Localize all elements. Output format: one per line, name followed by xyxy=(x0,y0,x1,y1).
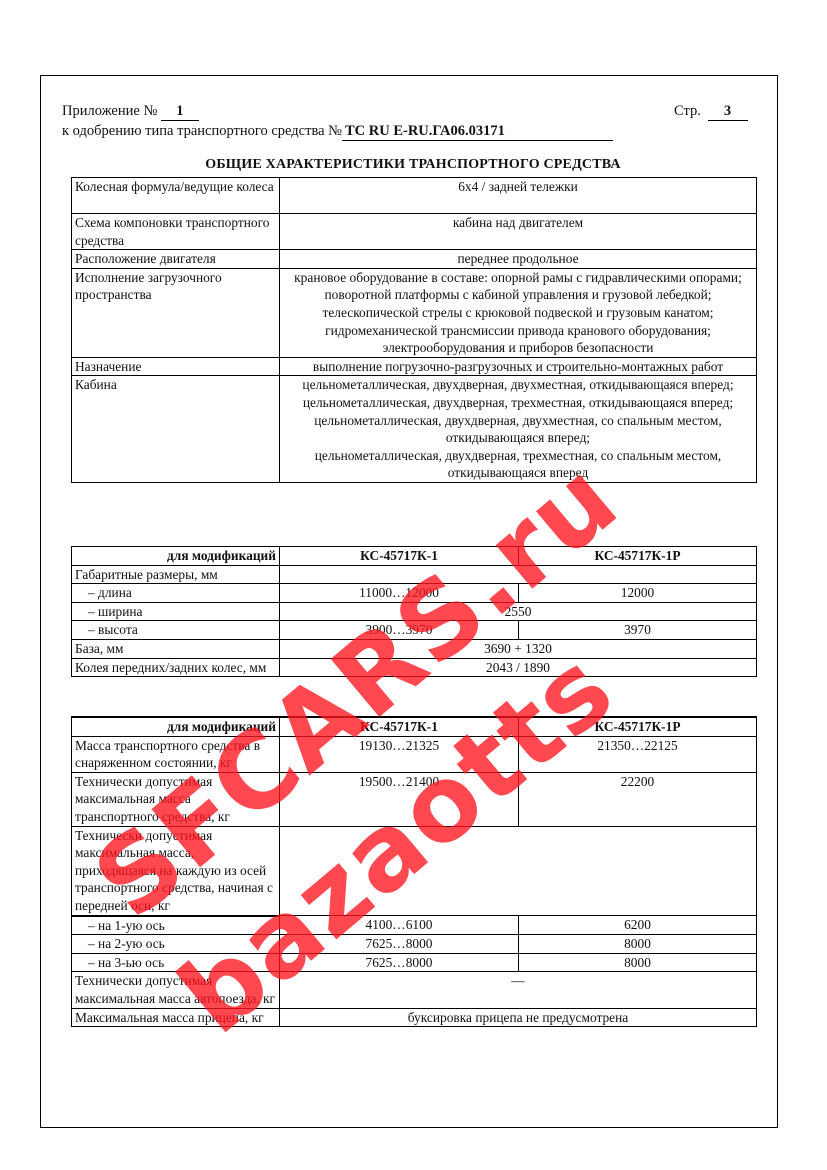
value-model-2: 8000 xyxy=(519,953,757,972)
appendix-label: Приложение № xyxy=(62,103,157,119)
appendix-line: Приложение № 1 xyxy=(62,102,199,121)
cabin-option: цельнометаллическая, двухдверная, двухме… xyxy=(283,376,753,394)
value-model-1: 19500…21400 xyxy=(280,772,519,826)
row-value: — xyxy=(280,972,757,1008)
row-label: Схема компоновки транспортного средства xyxy=(72,214,280,250)
row-label: Назначение xyxy=(72,357,280,376)
value-model-2: 3970 xyxy=(519,621,757,640)
row-label: – высота xyxy=(72,621,280,640)
table-row: Назначение выполнение погрузочно-разгруз… xyxy=(72,357,757,376)
value-model-1: 3900…3970 xyxy=(280,621,519,640)
row-value: кабина над двигателем xyxy=(280,214,757,250)
approval-number: ТС RU E-RU.ГА06.03171 xyxy=(342,122,613,141)
table-row: Кабина цельнометаллическая, двухдверная,… xyxy=(72,376,757,483)
table-row: Расположение двигателя переднее продольн… xyxy=(72,250,757,269)
page-label: Стр. xyxy=(674,103,701,119)
row-label: Масса транспортного средства в снаряженн… xyxy=(72,736,280,772)
table-row: Колесная формула/ведущие колеса 6x4 / за… xyxy=(72,178,757,214)
row-label: – ширина xyxy=(72,602,280,621)
value-model-2: 6200 xyxy=(519,916,757,935)
table-row: Габаритные размеры, мм xyxy=(72,565,757,584)
value-model-1: 19130…21325 xyxy=(280,736,519,772)
table-row: – на 2-ую ось 7625…8000 8000 xyxy=(72,935,757,954)
row-label: – на 3-ью ось xyxy=(72,953,280,972)
row-value xyxy=(280,565,757,584)
row-value xyxy=(280,826,757,915)
row-label: Колесная формула/ведущие колеса xyxy=(72,178,280,214)
approval-label: к одобрению типа транспортного средства … xyxy=(62,123,342,139)
value-model-1: 11000…12000 xyxy=(280,584,519,603)
row-value: 6x4 / задней тележки xyxy=(280,178,757,214)
approval-line: к одобрению типа транспортного средства … xyxy=(62,122,613,141)
table-row: – высота 3900…3970 3970 xyxy=(72,621,757,640)
value-model-1: 7625…8000 xyxy=(280,935,519,954)
value-model-2: 8000 xyxy=(519,935,757,954)
row-label: Максимальная масса прицепа, кг xyxy=(72,1008,280,1027)
row-label: – на 1-ую ось xyxy=(72,916,280,935)
row-label: Технически допустимая максимальная масса… xyxy=(72,972,280,1008)
cabin-option: цельнометаллическая, двухдверная, трехме… xyxy=(283,447,753,482)
page-number-line: Стр. 3 xyxy=(674,102,748,121)
header-label: для модификаций xyxy=(72,547,280,566)
table-row: База, мм 3690 + 1320 xyxy=(72,639,757,658)
row-label: Колея передних/задних колес, мм xyxy=(72,658,280,677)
table-row: Технически допустимая максимальная масса… xyxy=(72,826,757,915)
row-label: Технически допустимая максимальная масса… xyxy=(72,826,280,915)
row-value: цельнометаллическая, двухдверная, двухме… xyxy=(280,376,757,483)
table-row: Максимальная масса прицепа, кг буксировк… xyxy=(72,1008,757,1027)
table-row: – на 3-ью ось 7625…8000 8000 xyxy=(72,953,757,972)
row-value: 2043 / 1890 xyxy=(280,658,757,677)
row-value: буксировка прицепа не предусмотрена xyxy=(280,1008,757,1027)
row-label: Технически допустимая максимальная масса… xyxy=(72,772,280,826)
row-label: Расположение двигателя xyxy=(72,250,280,269)
value-model-1: 7625…8000 xyxy=(280,953,519,972)
row-label: Исполнение загрузочного пространства xyxy=(72,268,280,357)
row-value: 2550 xyxy=(280,602,757,621)
row-value: выполнение погрузочно-разгрузочных и стр… xyxy=(280,357,757,376)
table-row: – на 1-ую ось 4100…6100 6200 xyxy=(72,916,757,935)
row-label: Габаритные размеры, мм xyxy=(72,565,280,584)
masses-table: для модификаций КС-45717К-1 КС-45717К-1Р… xyxy=(71,716,757,1027)
dimensions-table: для модификаций КС-45717К-1 КС-45717К-1Р… xyxy=(71,546,757,677)
general-table: Колесная формула/ведущие колеса 6x4 / за… xyxy=(71,177,757,483)
table-row: Технически допустимая максимальная масса… xyxy=(72,972,757,1008)
table-row: – ширина 2550 xyxy=(72,602,757,621)
cabin-option: цельнометаллическая, двухдверная, двухме… xyxy=(283,412,753,447)
table-row: – длина 11000…12000 12000 xyxy=(72,584,757,603)
table-header-row: для модификаций КС-45717К-1 КС-45717К-1Р xyxy=(72,717,757,736)
value-model-2: 21350…22125 xyxy=(519,736,757,772)
header-model-2: КС-45717К-1Р xyxy=(519,717,757,736)
appendix-number: 1 xyxy=(161,102,199,121)
value-model-1: 4100…6100 xyxy=(280,916,519,935)
row-value: переднее продольное xyxy=(280,250,757,269)
header-model-1: КС-45717К-1 xyxy=(280,547,519,566)
header-model-2: КС-45717К-1Р xyxy=(519,547,757,566)
table-row: Схема компоновки транспортного средства … xyxy=(72,214,757,250)
row-label: База, мм xyxy=(72,639,280,658)
table-row: Колея передних/задних колес, мм 2043 / 1… xyxy=(72,658,757,677)
cabin-option: цельнометаллическая, двухдверная, трехме… xyxy=(283,394,753,412)
table-row: Технически допустимая максимальная масса… xyxy=(72,772,757,826)
row-value: крановое оборудование в составе: опорной… xyxy=(280,268,757,357)
header-model-1: КС-45717К-1 xyxy=(280,717,519,736)
page-title: ОБЩИЕ ХАРАКТЕРИСТИКИ ТРАНСПОРТНОГО СРЕДС… xyxy=(70,157,756,173)
row-label: Кабина xyxy=(72,376,280,483)
row-value: 3690 + 1320 xyxy=(280,639,757,658)
table-row: Масса транспортного средства в снаряженн… xyxy=(72,736,757,772)
header-label: для модификаций xyxy=(72,717,280,736)
value-model-2: 22200 xyxy=(519,772,757,826)
row-label: – длина xyxy=(72,584,280,603)
table-header-row: для модификаций КС-45717К-1 КС-45717К-1Р xyxy=(72,547,757,566)
page-number: 3 xyxy=(708,102,748,121)
value-model-2: 12000 xyxy=(519,584,757,603)
row-label: – на 2-ую ось xyxy=(72,935,280,954)
table-row: Исполнение загрузочного пространства кра… xyxy=(72,268,757,357)
